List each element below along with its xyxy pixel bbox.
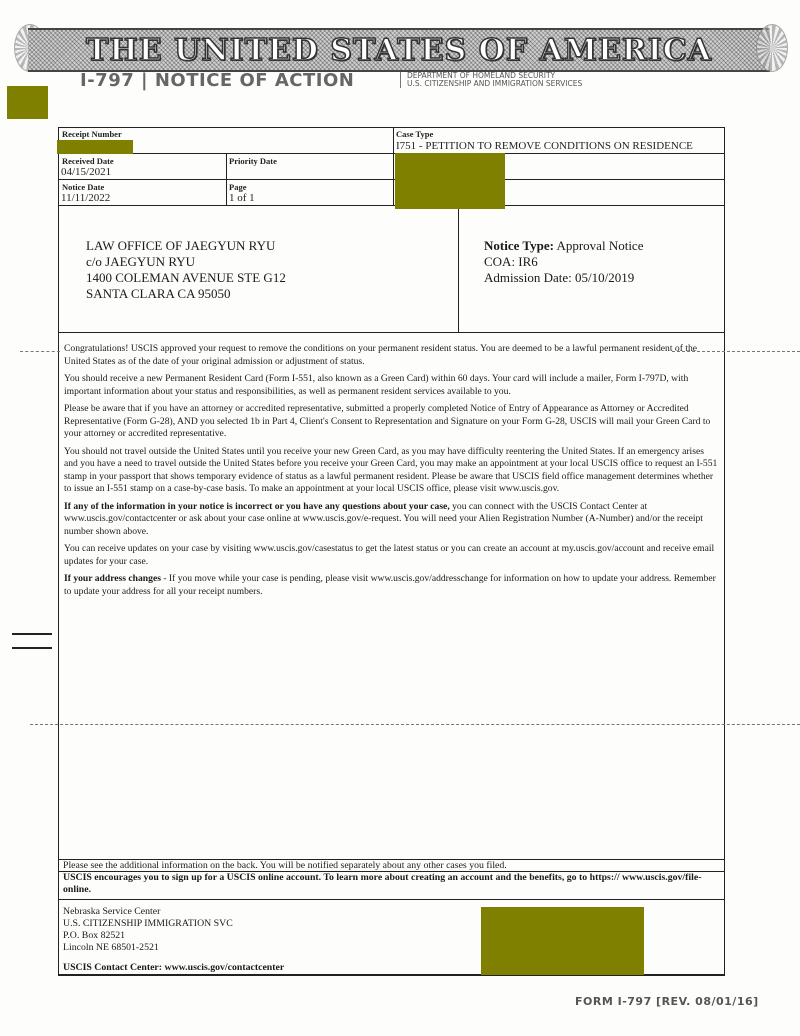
address-change-text: - If you move while your case is pending… bbox=[64, 573, 716, 597]
notice-info: Notice Type: Approval Notice COA: IR6 Ad… bbox=[484, 238, 643, 286]
form-number: FORM I-797 [REV. 08/01/16] bbox=[575, 995, 759, 1008]
banner-title: THE UNITED STATES OF AMERICA bbox=[86, 33, 712, 68]
office-line-4: Lincoln NE 68501-2521 bbox=[63, 942, 233, 954]
admission-date: Admission Date: 05/10/2019 bbox=[484, 270, 643, 286]
paragraph-attorney: Please be aware that if you have an atto… bbox=[64, 403, 720, 441]
page-value: 1 of 1 bbox=[229, 192, 255, 204]
recipient-line-1: LAW OFFICE OF JAEGYUN RYU bbox=[86, 238, 286, 254]
case-type-value: I751 - PETITION TO REMOVE CONDITIONS ON … bbox=[396, 140, 693, 152]
divider bbox=[58, 179, 725, 180]
fold-mark bbox=[20, 351, 60, 352]
received-date-value: 04/15/2021 bbox=[61, 166, 111, 178]
received-date-label: Received Date bbox=[62, 156, 114, 166]
receipt-number-redaction bbox=[57, 140, 133, 154]
divider bbox=[393, 127, 394, 205]
paragraph-travel: You should not travel outside the United… bbox=[64, 446, 720, 496]
service-center-address: Nebraska Service Center U.S. CITIZENSHIP… bbox=[63, 906, 233, 954]
divider bbox=[58, 332, 725, 333]
case-detail-redaction bbox=[395, 153, 505, 209]
margin-mark bbox=[12, 633, 52, 635]
office-line-3: P.O. Box 82521 bbox=[63, 930, 233, 942]
office-line-2: U.S. CITIZENSHIP IMMIGRATION SVC bbox=[63, 918, 233, 930]
divider bbox=[58, 205, 725, 206]
notice-type-value: Approval Notice bbox=[556, 238, 643, 253]
coa: COA: IR6 bbox=[484, 254, 643, 270]
paragraph-congratulations: Congratulations! USCIS approved your req… bbox=[64, 343, 720, 368]
priority-date-label: Priority Date bbox=[229, 156, 277, 166]
divider bbox=[458, 205, 459, 332]
incorrect-info-bold: If any of the information in your notice… bbox=[64, 501, 450, 512]
divider bbox=[58, 899, 725, 900]
fold-mark bbox=[30, 724, 800, 725]
notice-body: Congratulations! USCIS approved your req… bbox=[64, 343, 720, 603]
notice-type-label: Notice Type: bbox=[484, 238, 554, 253]
rosette-right-decoration bbox=[756, 24, 788, 72]
notice-date-value: 11/11/2022 bbox=[61, 192, 110, 204]
contact-center: USCIS Contact Center: www.uscis.gov/cont… bbox=[63, 962, 284, 974]
paragraph-address-change: If your address changes - If you move wh… bbox=[64, 573, 720, 598]
page-label: Page bbox=[229, 182, 246, 192]
banner: THE UNITED STATES OF AMERICA bbox=[28, 28, 770, 72]
divider bbox=[226, 153, 227, 205]
case-type-label: Case Type bbox=[396, 129, 433, 139]
office-line-1: Nebraska Service Center bbox=[63, 906, 233, 918]
paragraph-incorrect-info: If any of the information in your notice… bbox=[64, 501, 720, 539]
paragraph-updates: You can receive updates on your case by … bbox=[64, 543, 720, 568]
receipt-number-label: Receipt Number bbox=[62, 129, 122, 139]
online-account-notice: USCIS encourages you to sign up for a US… bbox=[63, 872, 703, 896]
form-title: I-797 | NOTICE OF ACTION bbox=[80, 70, 354, 91]
address-change-bold: If your address changes bbox=[64, 573, 161, 584]
agency-name: DEPARTMENT OF HOMELAND SECURITY U.S. CIT… bbox=[400, 72, 582, 88]
recipient-line-4: SANTA CLARA CA 95050 bbox=[86, 286, 286, 302]
redaction-block bbox=[7, 86, 48, 119]
recipient-address: LAW OFFICE OF JAEGYUN RYU c/o JAEGYUN RY… bbox=[86, 238, 286, 302]
fold-mark bbox=[672, 351, 800, 352]
barcode-redaction bbox=[481, 907, 644, 975]
recipient-line-2: c/o JAEGYUN RYU bbox=[86, 254, 286, 270]
paragraph-green-card: You should receive a new Permanent Resid… bbox=[64, 373, 720, 398]
margin-mark bbox=[12, 647, 52, 649]
divider bbox=[58, 153, 725, 154]
notice-date-label: Notice Date bbox=[62, 182, 104, 192]
recipient-line-3: 1400 COLEMAN AVENUE STE G12 bbox=[86, 270, 286, 286]
agency-line-2: U.S. CITIZENSHIP AND IMMIGRATION SERVICE… bbox=[407, 80, 582, 88]
